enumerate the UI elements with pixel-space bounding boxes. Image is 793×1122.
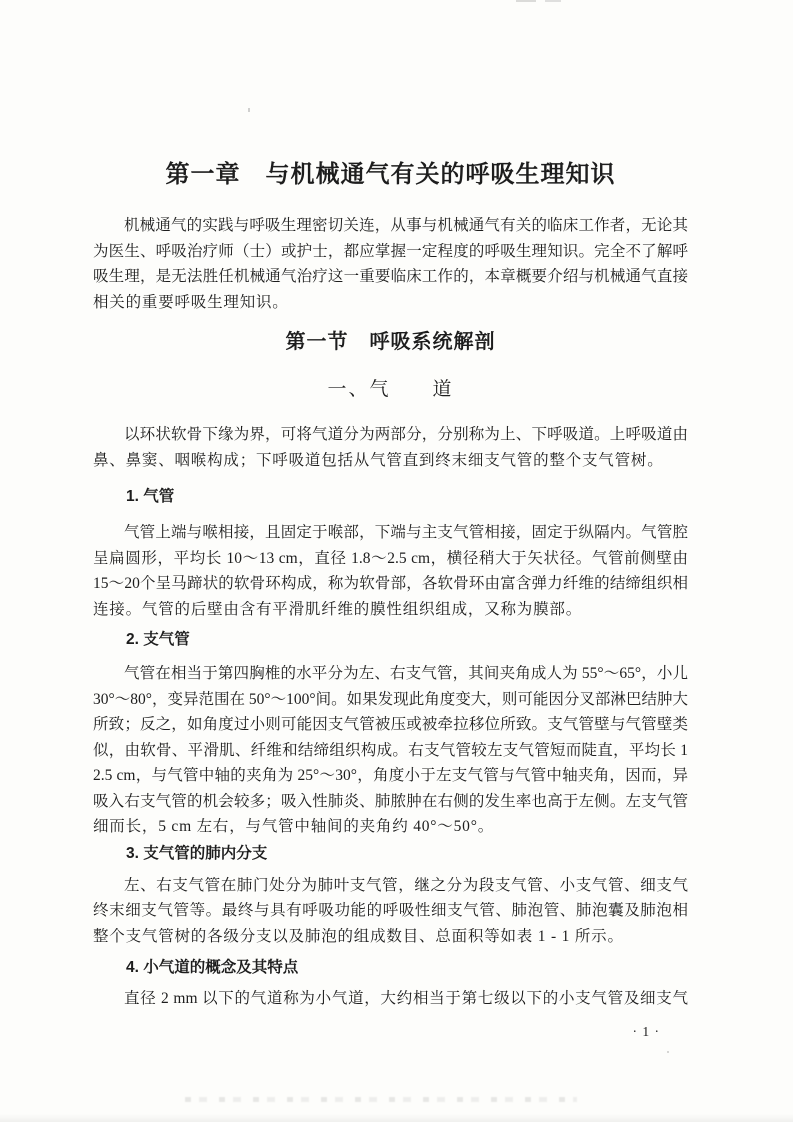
scan-artifact — [185, 1097, 577, 1102]
heading-intrapulmonary-branches: 3. 支气管的肺内分支 — [93, 844, 688, 864]
airway-intro-paragraph: 以环状软骨下缘为界，可将气道分为两部分，分别称为上、下呼吸道。上呼吸道由 鼻、鼻… — [93, 422, 688, 473]
paragraph-trachea: 气管上端与喉相接，且固定于喉部，下端与主支气管相接，固定于纵隔内。气管腔 呈扁圆… — [93, 520, 688, 622]
scan-artifact — [516, 0, 536, 2]
section-title: 第一节 呼吸系统解剖 — [93, 329, 688, 355]
paragraph-line: 连接。气管的后壁由含有平滑肌纤维的膜性组织组成，又称为膜部。 — [93, 597, 688, 623]
paragraph-line: 鼻、鼻窦、咽喉构成；下呼吸道包括从气管直到终末细支气管的整个支气管树。 — [93, 448, 688, 474]
paragraph-line: 气管上端与喉相接，且固定于喉部，下端与主支气管相接，固定于纵隔内。气管腔 — [93, 520, 688, 546]
paragraph-line: 2.5 cm，与气管中轴的夹角为 25°～30°，角度小于左支气管与气管中轴夹角… — [93, 763, 688, 789]
page-number: · 1 · — [93, 1023, 688, 1041]
heading-trachea: 1. 气管 — [93, 487, 688, 507]
scan-artifact — [667, 1051, 669, 1053]
paragraph-line: 机械通气的实践与呼吸生理密切关连，从事与机械通气有关的临床工作者，无论其 — [93, 213, 688, 239]
paragraph-line: 所致；反之，如角度过小则可能因支气管被压或被牵拉移位所致。支气管壁与气管壁类 — [93, 712, 688, 738]
paragraph-line: 整个支气管树的各级分支以及肺泡的组成数目、总面积等如表 1 - 1 所示。 — [93, 924, 688, 950]
paragraph-line: 以环状软骨下缘为界，可将气道分为两部分，分别称为上、下呼吸道。上呼吸道由 — [93, 422, 688, 448]
paragraph-line: 似，由软骨、平滑肌、纤维和结缔组织构成。右支气管较左支气管短而陡直，平均长 1～ — [93, 738, 688, 764]
paragraph-line: 吸入右支气管的机会较多；吸入性肺炎、肺脓肿在右侧的发生率也高于左侧。左支气管 — [93, 789, 688, 815]
scan-artifact — [248, 108, 250, 112]
chapter-title: 第一章 与机械通气有关的呼吸生理知识 — [93, 158, 688, 191]
paragraph-line: 30°～80°，变异范围在 50°～100°间。如果发现此角度变大，则可能因分叉… — [93, 687, 688, 713]
paragraph-line: 终末细支气管等。最终与具有呼吸功能的呼吸性细支气管、肺泡管、肺泡囊及肺泡相连。 — [93, 898, 688, 924]
paragraph-line: 呈扁圆形，平均长 10～13 cm，直径 1.8～2.5 cm，横径稍大于矢状径… — [93, 546, 688, 572]
paragraph-line: 为医生、呼吸治疗师（士）或护士，都应掌握一定程度的呼吸生理知识。完全不了解呼 — [93, 239, 688, 265]
paragraph-line: 吸生理，是无法胜任机械通气治疗这一重要临床工作的，本章概要介绍与机械通气直接 — [93, 264, 688, 290]
paragraph-line: 左、右支气管在肺门处分为肺叶支气管，继之分为段支气管、小支气管、细支气管、 — [93, 873, 688, 899]
text-block: 第一章 与机械通气有关的呼吸生理知识 机械通气的实践与呼吸生理密切关连，从事与机… — [93, 0, 688, 1041]
heading-bronchi: 2. 支气管 — [93, 630, 688, 650]
paragraph-line: 相关的重要呼吸生理知识。 — [93, 290, 688, 316]
heading-small-airways: 4. 小气道的概念及其特点 — [93, 958, 688, 978]
intro-paragraph: 机械通气的实践与呼吸生理密切关连，从事与机械通气有关的临床工作者，无论其 为医生… — [93, 213, 688, 315]
paragraph-small-airways: 直径 2 mm 以下的气道称为小气道，大约相当于第七级以下的小支气管及细支气管。 — [93, 986, 688, 1012]
subsection-title: 一、气 道 — [93, 377, 688, 403]
paragraph-intrapulmonary-branches: 左、右支气管在肺门处分为肺叶支气管，继之分为段支气管、小支气管、细支气管、 终末… — [93, 873, 688, 950]
page-edge-shadow — [0, 1114, 793, 1122]
book-page: 第一章 与机械通气有关的呼吸生理知识 机械通气的实践与呼吸生理密切关连，从事与机… — [0, 0, 793, 1122]
paragraph-line: 气管在相当于第四胸椎的水平分为左、右支气管，其间夹角成人为 55°～65°，小儿… — [93, 661, 688, 687]
paragraph-line: 15～20个呈马蹄状的软骨环构成，称为软骨部，各软骨环由富含弹力纤维的结缔组织相 — [93, 571, 688, 597]
paragraph-line: 直径 2 mm 以下的气道称为小气道，大约相当于第七级以下的小支气管及细支气管。 — [93, 986, 688, 1012]
paragraph-bronchi: 气管在相当于第四胸椎的水平分为左、右支气管，其间夹角成人为 55°～65°，小儿… — [93, 661, 688, 840]
scan-artifact — [545, 0, 561, 2]
paragraph-line: 细而长，5 cm 左右，与气管中轴间的夹角约 40°～50°。 — [93, 814, 688, 840]
